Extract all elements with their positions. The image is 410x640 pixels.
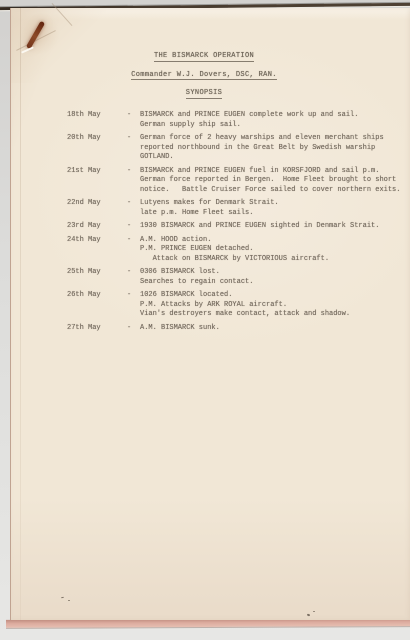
- entry-text: Lutyens makes for Denmark Strait. late p…: [140, 199, 405, 218]
- synopsis-entry: 21st May - BISMARCK and PRINCE EUGEN fue…: [67, 167, 405, 196]
- entry-dash: -: [127, 222, 140, 232]
- document-title: THE BISMARCK OPERATION: [154, 52, 254, 62]
- entry-text: BISMARCK and PRINCE EUGEN fuel in KORSFJ…: [140, 167, 405, 196]
- synopsis-entry: 20th May - German force of 2 heavy warsh…: [67, 134, 405, 163]
- entry-date: 24th May: [67, 236, 127, 265]
- paper-page: THE BISMARCK OPERATION Commander W.J. Do…: [10, 8, 410, 620]
- paper-speck: [307, 614, 311, 617]
- entry-date: 25th May: [67, 268, 127, 287]
- paper-speck: [68, 600, 70, 601]
- entry-text: A.M. BISMARCK sunk.: [140, 324, 405, 334]
- entry-date: 21st May: [67, 167, 127, 196]
- entry-text: BISMARCK and PRINCE EUGEN complete work …: [140, 111, 405, 130]
- synopsis-entry: 22nd May - Lutyens makes for Denmark Str…: [67, 199, 405, 218]
- byline-line: Commander W.J. Dovers, DSC, RAN.: [11, 71, 397, 81]
- synopsis-entries: 18th May - BISMARCK and PRINCE EUGEN com…: [67, 111, 405, 337]
- entry-dash: -: [127, 291, 140, 320]
- entry-dash: -: [127, 134, 140, 163]
- entry-dash: -: [127, 167, 140, 196]
- title-line: THE BISMARCK OPERATION: [11, 52, 397, 62]
- entry-date: 26th May: [67, 291, 127, 320]
- entry-text: 0306 BISMARCK lost. Searches to regain c…: [140, 268, 405, 287]
- synopsis-entry: 18th May - BISMARCK and PRINCE EUGEN com…: [67, 111, 405, 130]
- entry-date: 20th May: [67, 134, 127, 163]
- entry-text: German force of 2 heavy warships and ele…: [140, 134, 405, 163]
- entry-text: A.M. HOOD action. P.M. PRINCE EUGEN deta…: [140, 236, 405, 265]
- entry-date: 18th May: [67, 111, 127, 130]
- entry-date: 22nd May: [67, 199, 127, 218]
- paper-speck: [61, 597, 64, 599]
- document-byline: Commander W.J. Dovers, DSC, RAN.: [131, 71, 277, 81]
- entry-text: 1026 BISMARCK located. P.M. Attacks by A…: [140, 291, 405, 320]
- synopsis-entry: 24th May - A.M. HOOD action. P.M. PRINCE…: [67, 236, 405, 265]
- synopsis-entry: 23rd May - 1930 BISMARCK and PRINCE EUGE…: [67, 222, 405, 232]
- heading-line: SYNOPSIS: [11, 89, 397, 99]
- entry-text: 1930 BISMARCK and PRINCE EUGEN sighted i…: [140, 222, 405, 232]
- synopsis-entry: 27th May - A.M. BISMARCK sunk.: [67, 324, 405, 334]
- photo-of-document: THE BISMARCK OPERATION Commander W.J. Do…: [0, 0, 410, 640]
- entry-dash: -: [127, 111, 140, 130]
- paper-speck: [313, 611, 315, 612]
- entry-dash: -: [127, 236, 140, 265]
- synopsis-entry: 26th May - 1026 BISMARCK located. P.M. A…: [67, 291, 405, 320]
- section-heading: SYNOPSIS: [186, 89, 222, 99]
- entry-date: 23rd May: [67, 222, 127, 232]
- entry-dash: -: [127, 268, 140, 287]
- entry-dash: -: [127, 324, 140, 334]
- entry-dash: -: [127, 199, 140, 218]
- synopsis-entry: 25th May - 0306 BISMARCK lost. Searches …: [67, 268, 405, 287]
- document-header: THE BISMARCK OPERATION Commander W.J. Do…: [11, 52, 397, 108]
- entry-date: 27th May: [67, 324, 127, 334]
